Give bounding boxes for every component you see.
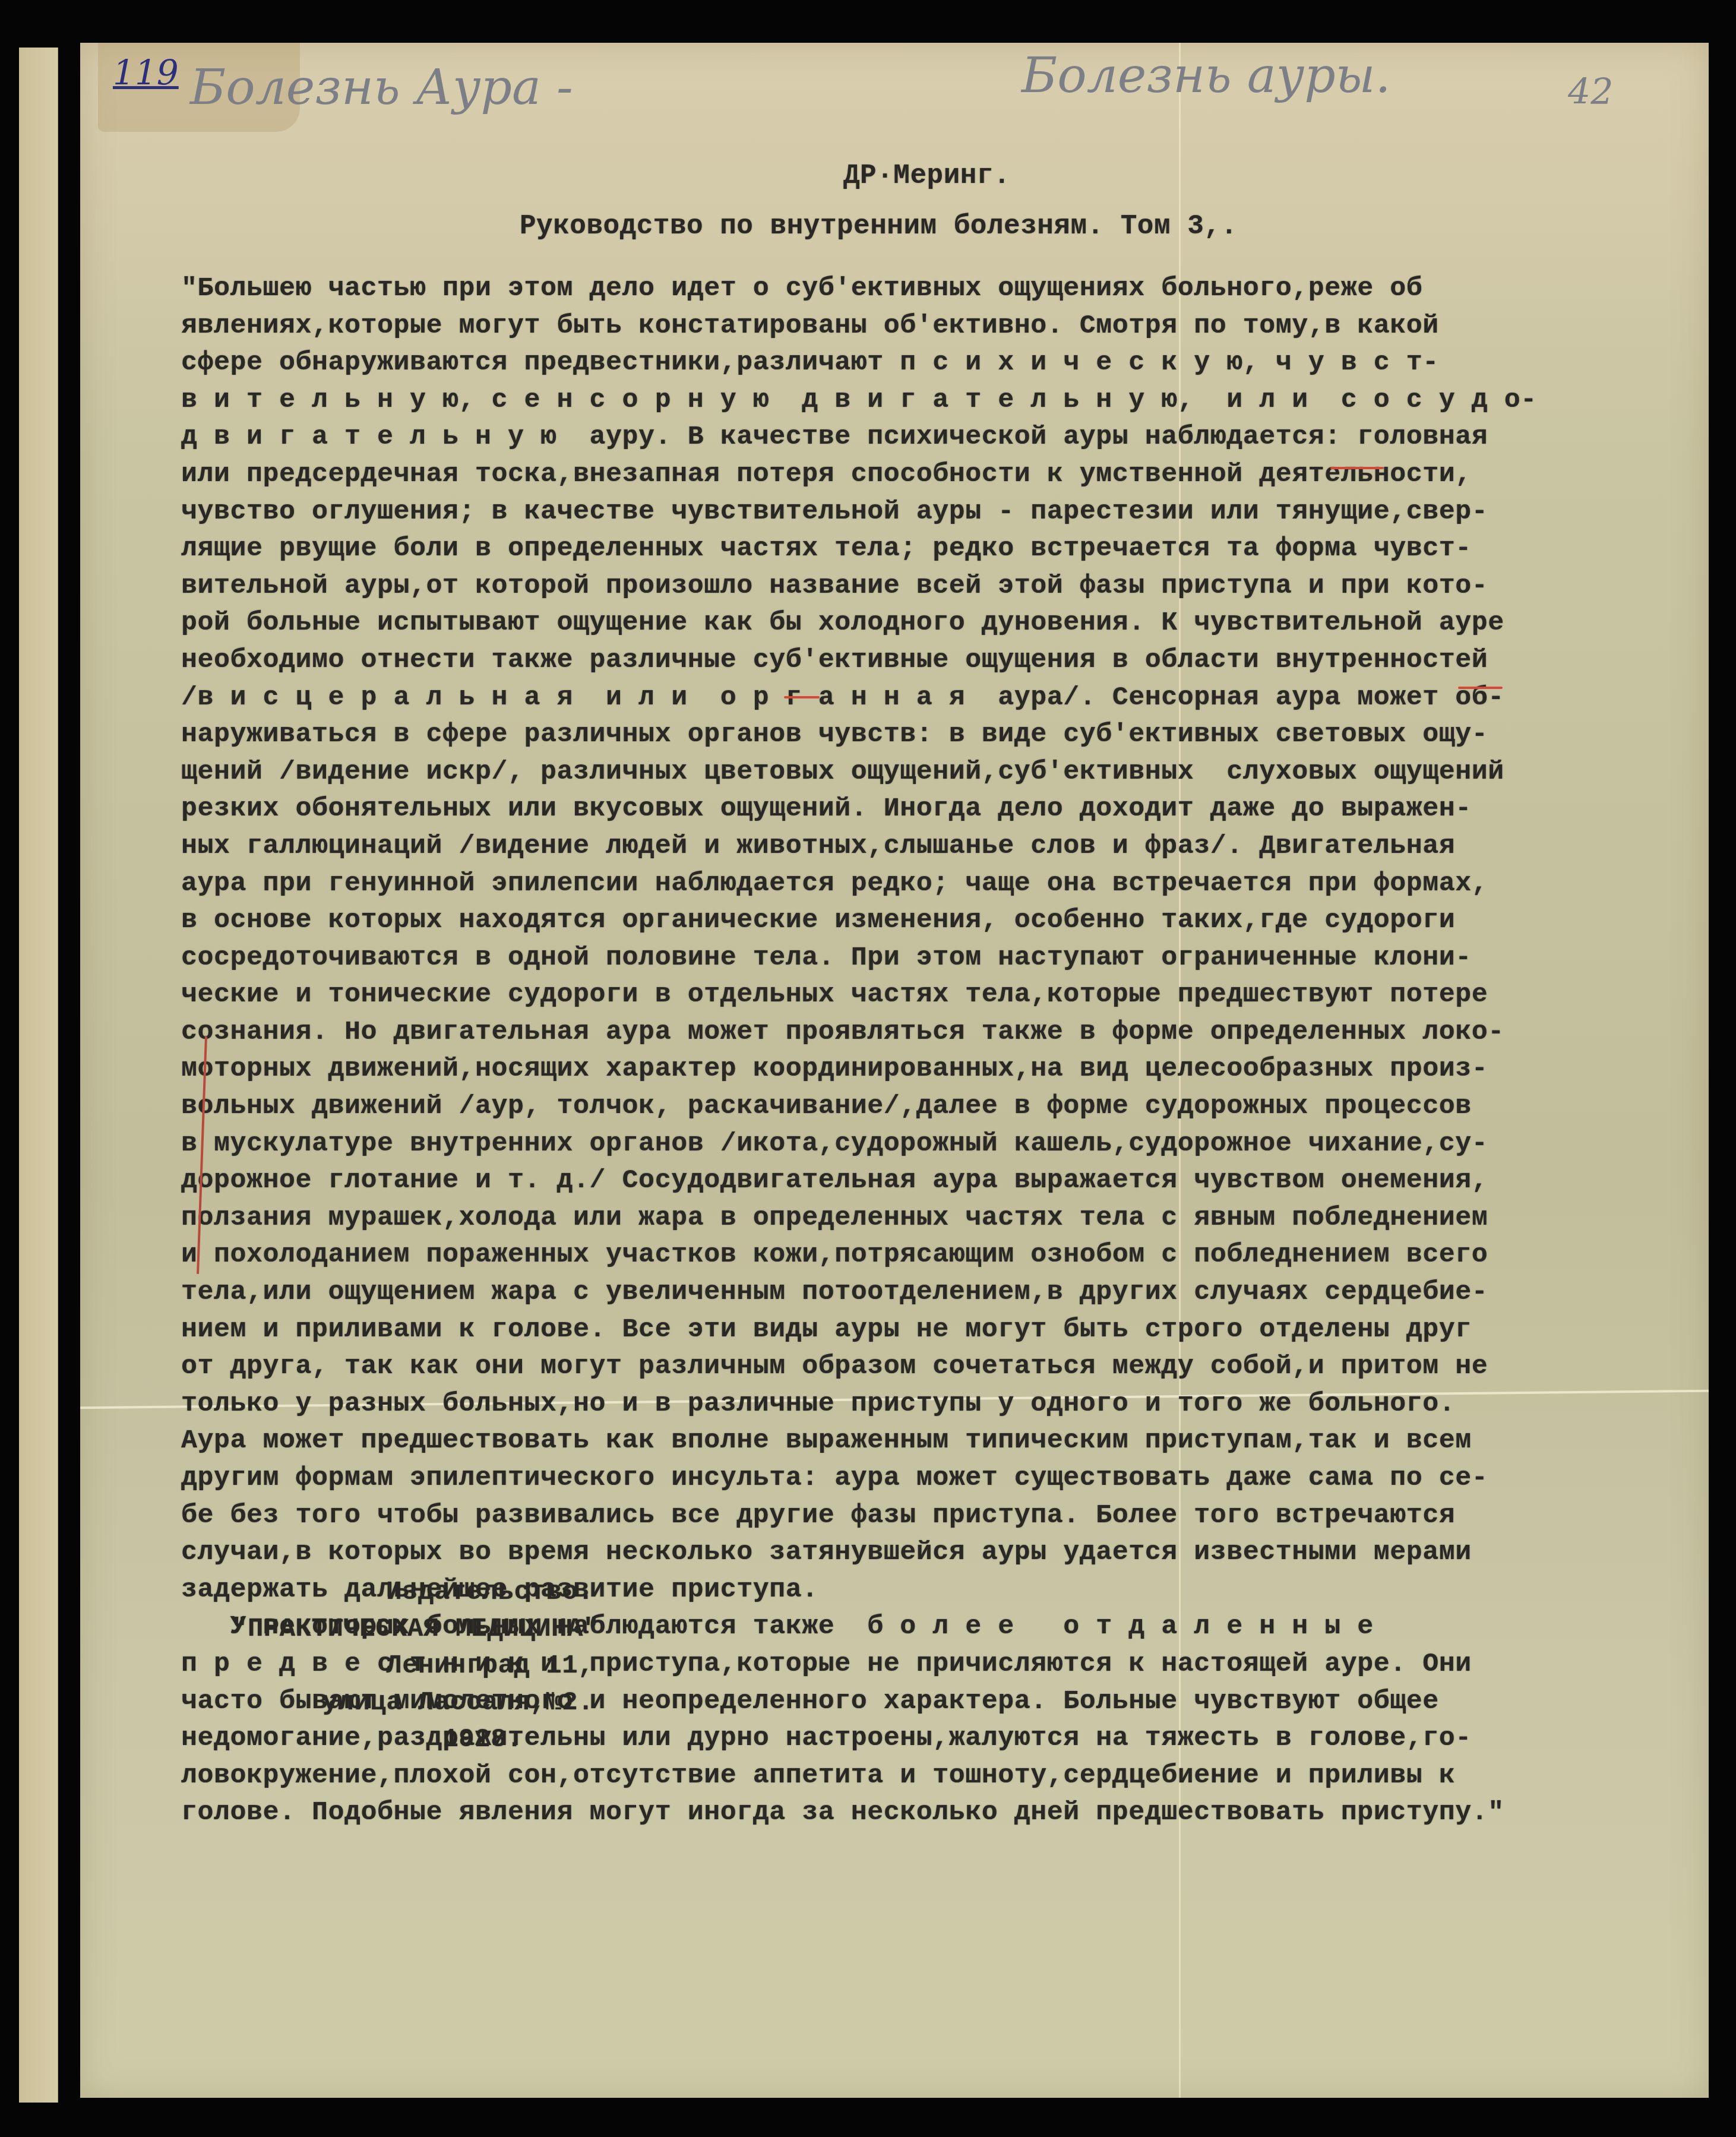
folio-number: 119 — [113, 52, 179, 93]
handwritten-title-right: Болезнь ауры. — [1022, 48, 1391, 104]
text-line: в мускулатуре внутренних органов /икота,… — [181, 1126, 1636, 1163]
text-line: тела,или ощущением жара с увеличенным по… — [181, 1274, 1636, 1311]
text-line: наруживаться в сфере различных органов ч… — [181, 716, 1636, 754]
book-title: Руководство по внутренним болезням. Том … — [520, 211, 1238, 242]
text-line: вительной ауры,от которой произошло назв… — [181, 568, 1636, 605]
text-line: бе без того чтобы развивались все другие… — [181, 1497, 1636, 1535]
text-line: в и т е л ь н у ю, с е н с о р н у ю д в… — [181, 382, 1636, 419]
text-line: сознания. Но двигательная аура может про… — [181, 1014, 1636, 1051]
publisher-city: Ленинград 11, — [232, 1648, 594, 1684]
text-line: лящие рвущие боли в определенных частях … — [181, 530, 1636, 568]
publication-year: 1928. — [232, 1721, 594, 1758]
text-line: Аура может предшествовать как вполне выр… — [181, 1422, 1636, 1460]
text-line: аура при генуинной эпилепсии наблюдается… — [181, 865, 1636, 903]
text-line: от друга, так как они могут различным об… — [181, 1348, 1636, 1386]
text-line: или предсердечная тоска,внезапная потеря… — [181, 456, 1636, 494]
text-line: ползания мурашек,холода или жара в опред… — [181, 1200, 1636, 1237]
text-line: сфере обнаруживаются предвестники,различ… — [181, 344, 1636, 382]
page-number: 42 — [1568, 71, 1613, 113]
text-line: случаи,в которых во время несколько затя… — [181, 1534, 1636, 1572]
publisher-block: Издательство. "ПРАКТИЧЕСКАЯ МЕДИЦИНА" Ле… — [232, 1574, 594, 1758]
text-line: нием и приливами к голове. Все эти виды … — [181, 1311, 1636, 1349]
text-line: только у разных больных,но и в различные… — [181, 1386, 1636, 1423]
text-line: явлениях,которые могут быть констатирова… — [181, 308, 1636, 345]
text-line: ных галлюцинаций /видение людей и животн… — [181, 828, 1636, 865]
text-line: в основе которых находятся органические … — [181, 902, 1636, 940]
text-line: и похолоданием пораженных участков кожи,… — [181, 1237, 1636, 1274]
publisher-label: Издательство. — [232, 1574, 594, 1611]
publisher-street: улица Лассаля,№2. — [232, 1684, 594, 1721]
text-line: голове. Подобные явления могут иногда за… — [181, 1794, 1636, 1832]
author-heading: ДР·Меринг. — [843, 160, 1010, 191]
text-line: ловокружение,плохой сон,отсутствие аппет… — [181, 1757, 1636, 1795]
text-line: необходимо отнести также различные суб'е… — [181, 642, 1636, 679]
text-line: другим формам эпилептического инсульта: … — [181, 1460, 1636, 1497]
text-line: /в и с ц е р а л ь н а я и л и о р г а н… — [181, 679, 1636, 717]
text-line: чувство оглушения; в качестве чувствител… — [181, 494, 1636, 531]
text-line: д в и г а т е л ь н у ю ауру. В качестве… — [181, 419, 1636, 456]
red-correction-mark — [1458, 687, 1503, 689]
text-line: моторных движений,носящих характер коорд… — [181, 1051, 1636, 1088]
publisher-name: "ПРАКТИЧЕСКАЯ МЕДИЦИНА" — [232, 1611, 594, 1648]
red-correction-mark — [784, 696, 820, 698]
red-correction-mark — [1330, 467, 1384, 469]
text-line: рой больные испытывают ощущение как бы х… — [181, 605, 1636, 642]
text-line: ческие и тонические судороги в отдельных… — [181, 976, 1636, 1014]
text-line: дорожное глотание и т. д./ Сосудодвигате… — [181, 1162, 1636, 1200]
text-line: вольных движений /аур, толчок, раскачива… — [181, 1088, 1636, 1126]
handwritten-title-left: Болезнь Аура - — [190, 59, 573, 116]
text-line: резких обонятельных или вкусовых ощущени… — [181, 791, 1636, 828]
underlying-sheet-edge — [19, 48, 58, 2103]
text-line: сосредоточиваются в одной половине тела.… — [181, 940, 1636, 977]
text-line: щений /видение искр/, различных цветовых… — [181, 754, 1636, 791]
text-line: "Большею частью при этом дело идет о суб… — [181, 270, 1636, 308]
